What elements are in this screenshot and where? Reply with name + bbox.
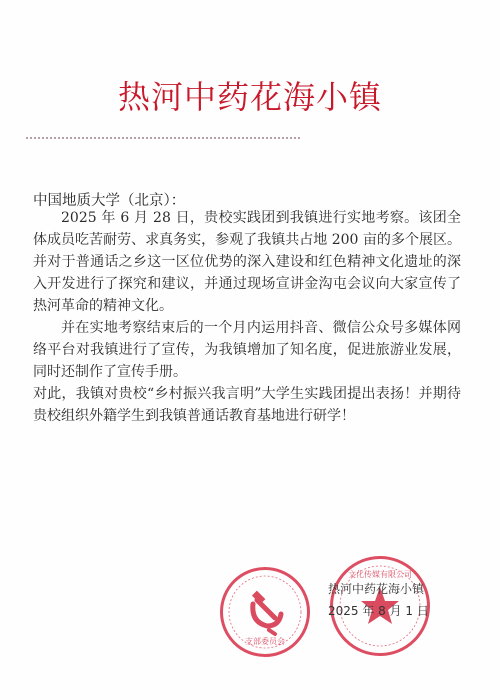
signature-date: 2025 年 8 月 1 日 bbox=[328, 602, 429, 619]
letter-page: 热河中药花海小镇 中国地质大学（北京）： 2025 年 6 月 28 日，贵校实… bbox=[0, 0, 500, 700]
letter-body: 2025 年 6 月 28 日，贵校实践团到我镇进行实地考察。该团全体成员吃苦耐… bbox=[33, 207, 461, 427]
svg-text:支部委员会: 支部委员会 bbox=[245, 636, 285, 646]
paragraph-3: 对此，我镇对贵校“乡村振兴我言明”大学生实践团提出表扬！并期待贵校组织外籍学生到… bbox=[33, 383, 461, 427]
title-divider bbox=[26, 137, 300, 139]
hammer-sickle-icon: 支部委员会 bbox=[223, 570, 307, 654]
svg-text:文化传媒有限公司: 文化传媒有限公司 bbox=[348, 569, 412, 579]
paragraph-1: 2025 年 6 月 28 日，贵校实践团到我镇进行实地考察。该团全体成员吃苦耐… bbox=[33, 207, 461, 317]
party-branch-seal: 支部委员会 bbox=[220, 567, 310, 657]
paragraph-2: 并在实地考察结束后的一个月内运用抖音、微信公众号多媒体网络平台对我镇进行了宣传，… bbox=[33, 317, 461, 383]
letter-title: 热河中药花海小镇 bbox=[0, 72, 500, 118]
signature: 热河中药花海小镇 bbox=[328, 580, 424, 597]
